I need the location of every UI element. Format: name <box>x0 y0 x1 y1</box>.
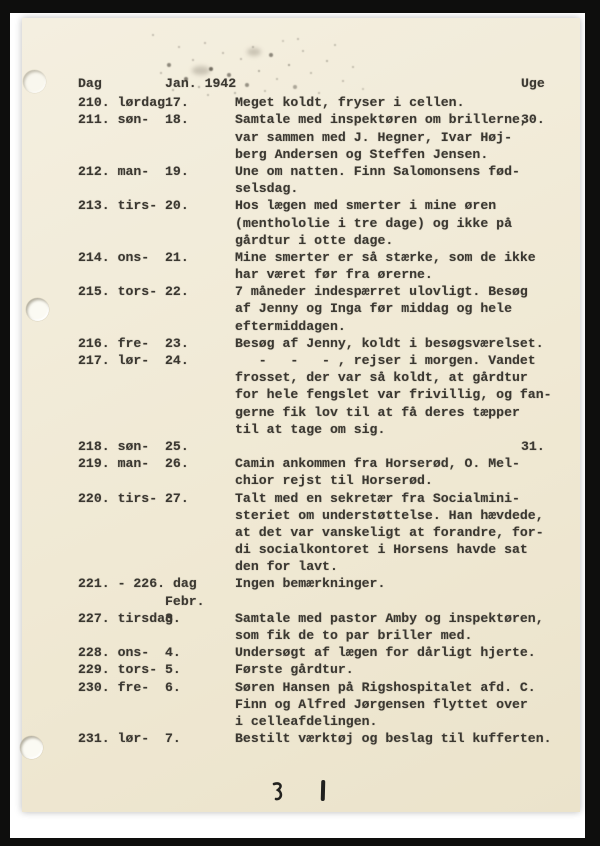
entry-number-day: 228. ons- <box>78 644 165 661</box>
entry-week <box>521 386 567 403</box>
entry-date <box>165 627 235 644</box>
entry-date: 23. <box>165 335 235 352</box>
entry-date <box>165 232 235 249</box>
diary-row: 212. man- 19. Une om natten. Finn Salomo… <box>22 163 580 180</box>
diary-row: di socialkontoret i Horsens havde sat <box>22 541 580 558</box>
diary-row: 215. tors- 22. 7 måneder indespærret ulo… <box>22 283 580 300</box>
entry-week <box>521 644 567 661</box>
entry-date <box>165 369 235 386</box>
entry-text: Ingen bemærkninger. <box>235 575 521 592</box>
entry-number-day <box>78 386 165 403</box>
entry-number-day: 220. tirs- <box>78 490 165 507</box>
entry-number-day <box>78 180 165 197</box>
entry-text: - - - , rejser i morgen. Vandet <box>235 352 521 369</box>
entry-week <box>521 696 567 713</box>
entry-number-day <box>78 713 165 730</box>
entry-number-day: 219. man- <box>78 455 165 472</box>
entry-text: Søren Hansen på Rigshospitalet afd. C. <box>235 679 521 696</box>
entry-text: chior rejst til Horserød. <box>235 472 521 489</box>
entry-date <box>165 541 235 558</box>
entry-week <box>521 472 567 489</box>
entry-number-day: 212. man- <box>78 163 165 180</box>
punch-hole-middle <box>26 298 49 321</box>
entry-text: Meget koldt, fryser i cellen. <box>235 94 521 111</box>
entry-week <box>521 146 567 163</box>
diary-row: eftermiddagen. <box>22 318 580 335</box>
entry-date: 24. <box>165 352 235 369</box>
entry-date: 17. <box>165 94 235 111</box>
entry-number-day <box>78 541 165 558</box>
entry-number-day: 217. lør- <box>78 352 165 369</box>
entry-text: Undersøgt af lægen for dårligt hjerte. <box>235 644 521 661</box>
diary-row: 211. søn- 18. Samtale med inspektøren om… <box>22 111 580 128</box>
entry-week <box>521 490 567 507</box>
entry-date: 21. <box>165 249 235 266</box>
entry-date <box>165 300 235 317</box>
entry-number-day <box>78 369 165 386</box>
entry-date: 3. <box>165 610 235 627</box>
entry-text: Første gårdtur. <box>235 661 521 678</box>
entry-date <box>165 558 235 575</box>
entry-number-day <box>78 318 165 335</box>
entry-date: 5. <box>165 661 235 678</box>
entry-date <box>165 180 235 197</box>
entry-text: gerne fik lov til at få deres tæpper <box>235 404 521 421</box>
entry-week <box>521 283 567 300</box>
diary-row: 216. fre- 23. Besøg af Jenny, koldt i be… <box>22 335 580 352</box>
diary-row: 213. tirs- 20. Hos lægen med smerter i m… <box>22 197 580 214</box>
entry-text: Finn og Alfred Jørgensen flyttet over <box>235 696 521 713</box>
entry-week <box>521 369 567 386</box>
entry-number-day <box>78 300 165 317</box>
entry-text: berg Andersen og Steffen Jensen. <box>235 146 521 163</box>
entry-text: for hele fengslet var frivillig, og fan- <box>235 386 521 403</box>
entry-date <box>165 472 235 489</box>
entry-number-day: 231. lør- <box>78 730 165 747</box>
entry-date: 18. <box>165 111 235 128</box>
entry-date: 25. <box>165 438 235 455</box>
diary-content: Dag Jan. 1942 Uge 210. lørdag 17. Meget … <box>22 75 580 747</box>
entry-date <box>165 386 235 403</box>
entry-week <box>521 679 567 696</box>
diary-header-row: Dag Jan. 1942 Uge <box>22 75 580 92</box>
entry-number-day <box>78 232 165 249</box>
entry-date <box>165 266 235 283</box>
entry-text: Une om natten. Finn Salomonsens fød- <box>235 163 521 180</box>
diary-row: frosset, der var så koldt, at gårdtur <box>22 369 580 386</box>
diary-row: 220. tirs- 27. Talt med en sekretær fra … <box>22 490 580 507</box>
entry-date <box>165 524 235 541</box>
entry-date: 20. <box>165 197 235 214</box>
entry-text: eftermiddagen. <box>235 318 521 335</box>
entry-text <box>235 438 521 455</box>
entry-week <box>521 180 567 197</box>
ink-speckle-stain <box>152 34 154 36</box>
entry-week <box>521 404 567 421</box>
entry-text: af Jenny og Inga før middag og hele <box>235 300 521 317</box>
entry-date: 26. <box>165 455 235 472</box>
entry-date <box>165 318 235 335</box>
entry-text: di socialkontoret i Horsens havde sat <box>235 541 521 558</box>
entry-week <box>521 266 567 283</box>
entry-text: Samtale med inspektøren om brillerne, <box>235 111 521 128</box>
diary-row: 219. man- 26. Camin ankommen fra Horserø… <box>22 455 580 472</box>
diary-row: 217. lør- 24. - - - , rejser i morgen. V… <box>22 352 580 369</box>
diary-row: 231. lør- 7. Bestilt værktøj og beslag t… <box>22 730 580 747</box>
entry-number-day <box>78 472 165 489</box>
entry-week <box>521 455 567 472</box>
entry-date: 19. <box>165 163 235 180</box>
entry-week <box>521 713 567 730</box>
diary-row: var sammen med J. Hegner, Ivar Høj- <box>22 129 580 146</box>
entry-text: den for lavt. <box>235 558 521 575</box>
entry-week <box>521 249 567 266</box>
entry-week <box>521 300 567 317</box>
entry-number-day: 218. søn- <box>78 438 165 455</box>
entry-text: 7 måneder indespærret ulovligt. Besøg <box>235 283 521 300</box>
entry-text: Hos lægen med smerter i mine øren <box>235 197 521 214</box>
entry-week <box>521 163 567 180</box>
entry-number-day: 215. tors- <box>78 283 165 300</box>
entry-number-day <box>78 215 165 232</box>
punch-hole-top <box>23 70 46 93</box>
diary-row: 214. ons- 21. Mine smerter er så stærke,… <box>22 249 580 266</box>
entry-week <box>521 541 567 558</box>
entry-text: Mine smerter er så stærke, som de ikke <box>235 249 521 266</box>
entry-week <box>521 627 567 644</box>
entry-week <box>521 661 567 678</box>
entry-text: var sammen med J. Hegner, Ivar Høj- <box>235 129 521 146</box>
entry-number-day <box>78 421 165 438</box>
entry-text: Camin ankommen fra Horserød, O. Mel- <box>235 455 521 472</box>
entry-date <box>165 421 235 438</box>
diary-row: har været før fra ørerne. <box>22 266 580 283</box>
entry-date: 27. <box>165 490 235 507</box>
entry-week <box>521 575 567 592</box>
diary-row: den for lavt. <box>22 558 580 575</box>
entry-number-day: 213. tirs- <box>78 197 165 214</box>
header-month-label: Jan. 1942 <box>165 75 235 92</box>
diary-row: gårdtur i otte dage. <box>22 232 580 249</box>
diary-row: til at tage om sig. <box>22 421 580 438</box>
entry-text: steriet om understøttelse. Han hævdede, <box>235 507 521 524</box>
entry-text <box>235 593 521 610</box>
entry-number-day <box>78 146 165 163</box>
entry-week <box>521 94 567 111</box>
entry-week <box>521 610 567 627</box>
ink-blob <box>192 66 210 75</box>
diary-row: af Jenny og Inga før middag og hele <box>22 300 580 317</box>
diary-row: 228. ons- 4. Undersøgt af lægen for dårl… <box>22 644 580 661</box>
header-spacer <box>235 75 521 92</box>
entry-week <box>521 335 567 352</box>
diary-row: som fik de to par briller med. <box>22 627 580 644</box>
entry-number-day: 216. fre- <box>78 335 165 352</box>
entry-date <box>165 129 235 146</box>
entry-number-day: 230. fre- <box>78 679 165 696</box>
entry-text: Talt med en sekretær fra Socialmini- <box>235 490 521 507</box>
diary-rows: 210. lørdag 17. Meget koldt, fryser i ce… <box>22 94 580 747</box>
ink-stroke-mark <box>321 780 325 801</box>
entry-text: gårdtur i otte dage. <box>235 232 521 249</box>
diary-row: steriet om understøttelse. Han hævdede, <box>22 507 580 524</box>
entry-date <box>165 215 235 232</box>
entry-date <box>165 507 235 524</box>
entry-date: Febr. <box>165 593 235 610</box>
ink-blob <box>247 48 261 56</box>
entry-number-day: 229. tors- <box>78 661 165 678</box>
header-week-column: Uge <box>521 75 567 92</box>
entry-week <box>521 129 567 146</box>
entry-date <box>165 696 235 713</box>
entry-number-day <box>78 404 165 421</box>
entry-number-day <box>78 593 165 610</box>
entry-number-day: 221. - 226. dag <box>78 575 165 592</box>
entry-text: til at tage om sig. <box>235 421 521 438</box>
diary-row: i celleafdelingen. <box>22 713 580 730</box>
entry-text: Besøg af Jenny, koldt i besøgsværelset. <box>235 335 521 352</box>
diary-row: for hele fengslet var frivillig, og fan- <box>22 386 580 403</box>
entry-number-day <box>78 129 165 146</box>
diary-page: Dag Jan. 1942 Uge 210. lørdag 17. Meget … <box>22 18 580 812</box>
entry-number-day <box>78 266 165 283</box>
entry-date <box>165 146 235 163</box>
entry-number-day <box>78 627 165 644</box>
entry-week <box>521 730 567 747</box>
entry-date <box>165 575 235 592</box>
entry-number-day: 210. lørdag <box>78 94 165 111</box>
entry-week <box>521 558 567 575</box>
entry-text: Samtale med pastor Amby og inspektøren, <box>235 610 521 627</box>
entry-week <box>521 593 567 610</box>
entry-week <box>521 352 567 369</box>
diary-row: selsdag. <box>22 180 580 197</box>
entry-week: 30. <box>521 111 567 128</box>
entry-number-day <box>78 507 165 524</box>
punch-hole-bottom <box>20 736 43 759</box>
entry-text: at det var vanskeligt at forandre, for- <box>235 524 521 541</box>
entry-date <box>165 713 235 730</box>
entry-text: selsdag. <box>235 180 521 197</box>
entry-text: i celleafdelingen. <box>235 713 521 730</box>
entry-week <box>521 197 567 214</box>
diary-row: gerne fik lov til at få deres tæpper <box>22 404 580 421</box>
entry-number-day <box>78 524 165 541</box>
entry-date <box>165 404 235 421</box>
entry-text: Bestilt værktøj og beslag til kufferten. <box>235 730 521 747</box>
entry-week <box>521 215 567 232</box>
diary-row: berg Andersen og Steffen Jensen. <box>22 146 580 163</box>
diary-row: 229. tors- 5. Første gårdtur. <box>22 661 580 678</box>
entry-week <box>521 524 567 541</box>
diary-row: chior rejst til Horserød. <box>22 472 580 489</box>
header-day-column: Dag <box>78 75 165 92</box>
diary-row: 218. søn- 25. 31. <box>22 438 580 455</box>
entry-number-day: 227. tirsdag <box>78 610 165 627</box>
entry-date: 6. <box>165 679 235 696</box>
diary-row: at det var vanskeligt at forandre, for- <box>22 524 580 541</box>
diary-row: Finn og Alfred Jørgensen flyttet over <box>22 696 580 713</box>
entry-text: har været før fra ørerne. <box>235 266 521 283</box>
diary-row: 227. tirsdag 3. Samtale med pastor Amby … <box>22 610 580 627</box>
entry-number-day: 214. ons- <box>78 249 165 266</box>
entry-number-day: 211. søn- <box>78 111 165 128</box>
entry-text: frosset, der var så koldt, at gårdtur <box>235 369 521 386</box>
diary-row: 210. lørdag 17. Meget koldt, fryser i ce… <box>22 94 580 111</box>
entry-text: (menthololie i tre dage) og ikke på <box>235 215 521 232</box>
entry-week <box>521 232 567 249</box>
diary-row: Febr. <box>22 593 580 610</box>
entry-week <box>521 421 567 438</box>
diary-row: 221. - 226. dag Ingen bemærkninger. <box>22 575 580 592</box>
entry-date: 7. <box>165 730 235 747</box>
entry-week: 31. <box>521 438 567 455</box>
entry-date: 22. <box>165 283 235 300</box>
diary-row: 230. fre- 6. Søren Hansen på Rigshospita… <box>22 679 580 696</box>
entry-week <box>521 318 567 335</box>
ink-squiggle-mark <box>272 781 284 803</box>
entry-week <box>521 507 567 524</box>
entry-text: som fik de to par briller med. <box>235 627 521 644</box>
diary-row: (menthololie i tre dage) og ikke på <box>22 215 580 232</box>
entry-number-day <box>78 696 165 713</box>
entry-date: 4. <box>165 644 235 661</box>
entry-number-day <box>78 558 165 575</box>
